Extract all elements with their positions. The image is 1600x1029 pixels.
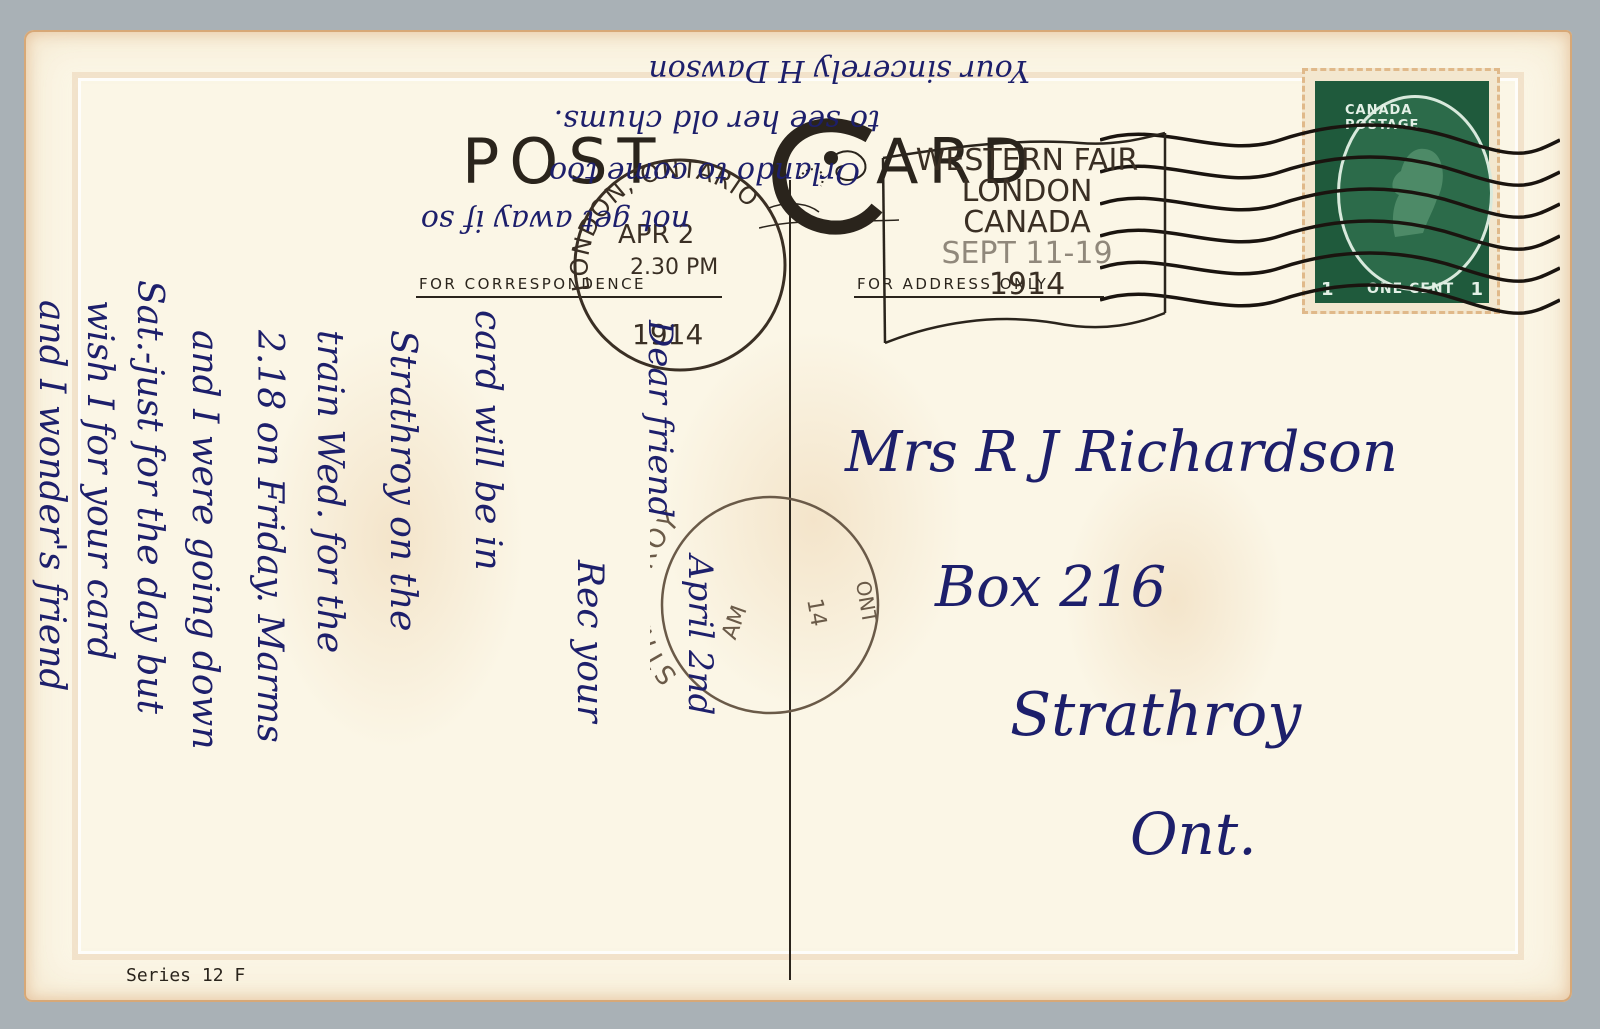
cancel-line-4: SEPT 11-19 bbox=[887, 238, 1167, 269]
cancel-line-1: WESTERN FAIR bbox=[887, 145, 1167, 176]
message-date: April 2nd bbox=[680, 555, 720, 715]
address-line-1: Mrs R J Richardson bbox=[845, 420, 1398, 485]
cancel-line-5: 1914 bbox=[887, 269, 1167, 300]
message-upside-down-line: Orlando to come too bbox=[549, 155, 860, 190]
message-line: and I wonder's friend bbox=[31, 300, 72, 691]
message-upside-down-line: Your sincerely H Dawson bbox=[648, 53, 1030, 88]
message-line: card will be in bbox=[467, 310, 508, 571]
message-line: 2.18 on Friday. Marms bbox=[249, 330, 290, 743]
message-line: Rec your bbox=[569, 560, 610, 722]
message-upside-down-line: to see her old chums. bbox=[554, 103, 880, 138]
london-postmark-time: 2.30 PM bbox=[630, 255, 718, 280]
address-line-3: Strathroy bbox=[1010, 680, 1301, 750]
message-line: train Wed. for the bbox=[309, 330, 350, 653]
strathroy-postmark-year: 14 bbox=[801, 597, 830, 629]
message-upside-down-line: not get away if so bbox=[421, 203, 690, 238]
cancel-line-3: CANADA bbox=[887, 207, 1167, 238]
cancel-line-2: LONDON bbox=[887, 176, 1167, 207]
series-label: Series 12 F bbox=[126, 965, 245, 986]
message-line: Strathroy on the bbox=[382, 330, 423, 631]
flag-cancel-text: WESTERN FAIR LONDON CANADA SEPT 11-19 19… bbox=[887, 145, 1167, 300]
message-salutation: Dear friend bbox=[640, 320, 680, 518]
message-line: wish I for your card bbox=[79, 300, 120, 660]
message-line: Sat.-just for the day but bbox=[129, 280, 170, 714]
address-line-2: Box 216 bbox=[935, 555, 1166, 620]
address-line-4: Ont. bbox=[1130, 800, 1257, 868]
message-line: and I were going down bbox=[184, 330, 225, 750]
